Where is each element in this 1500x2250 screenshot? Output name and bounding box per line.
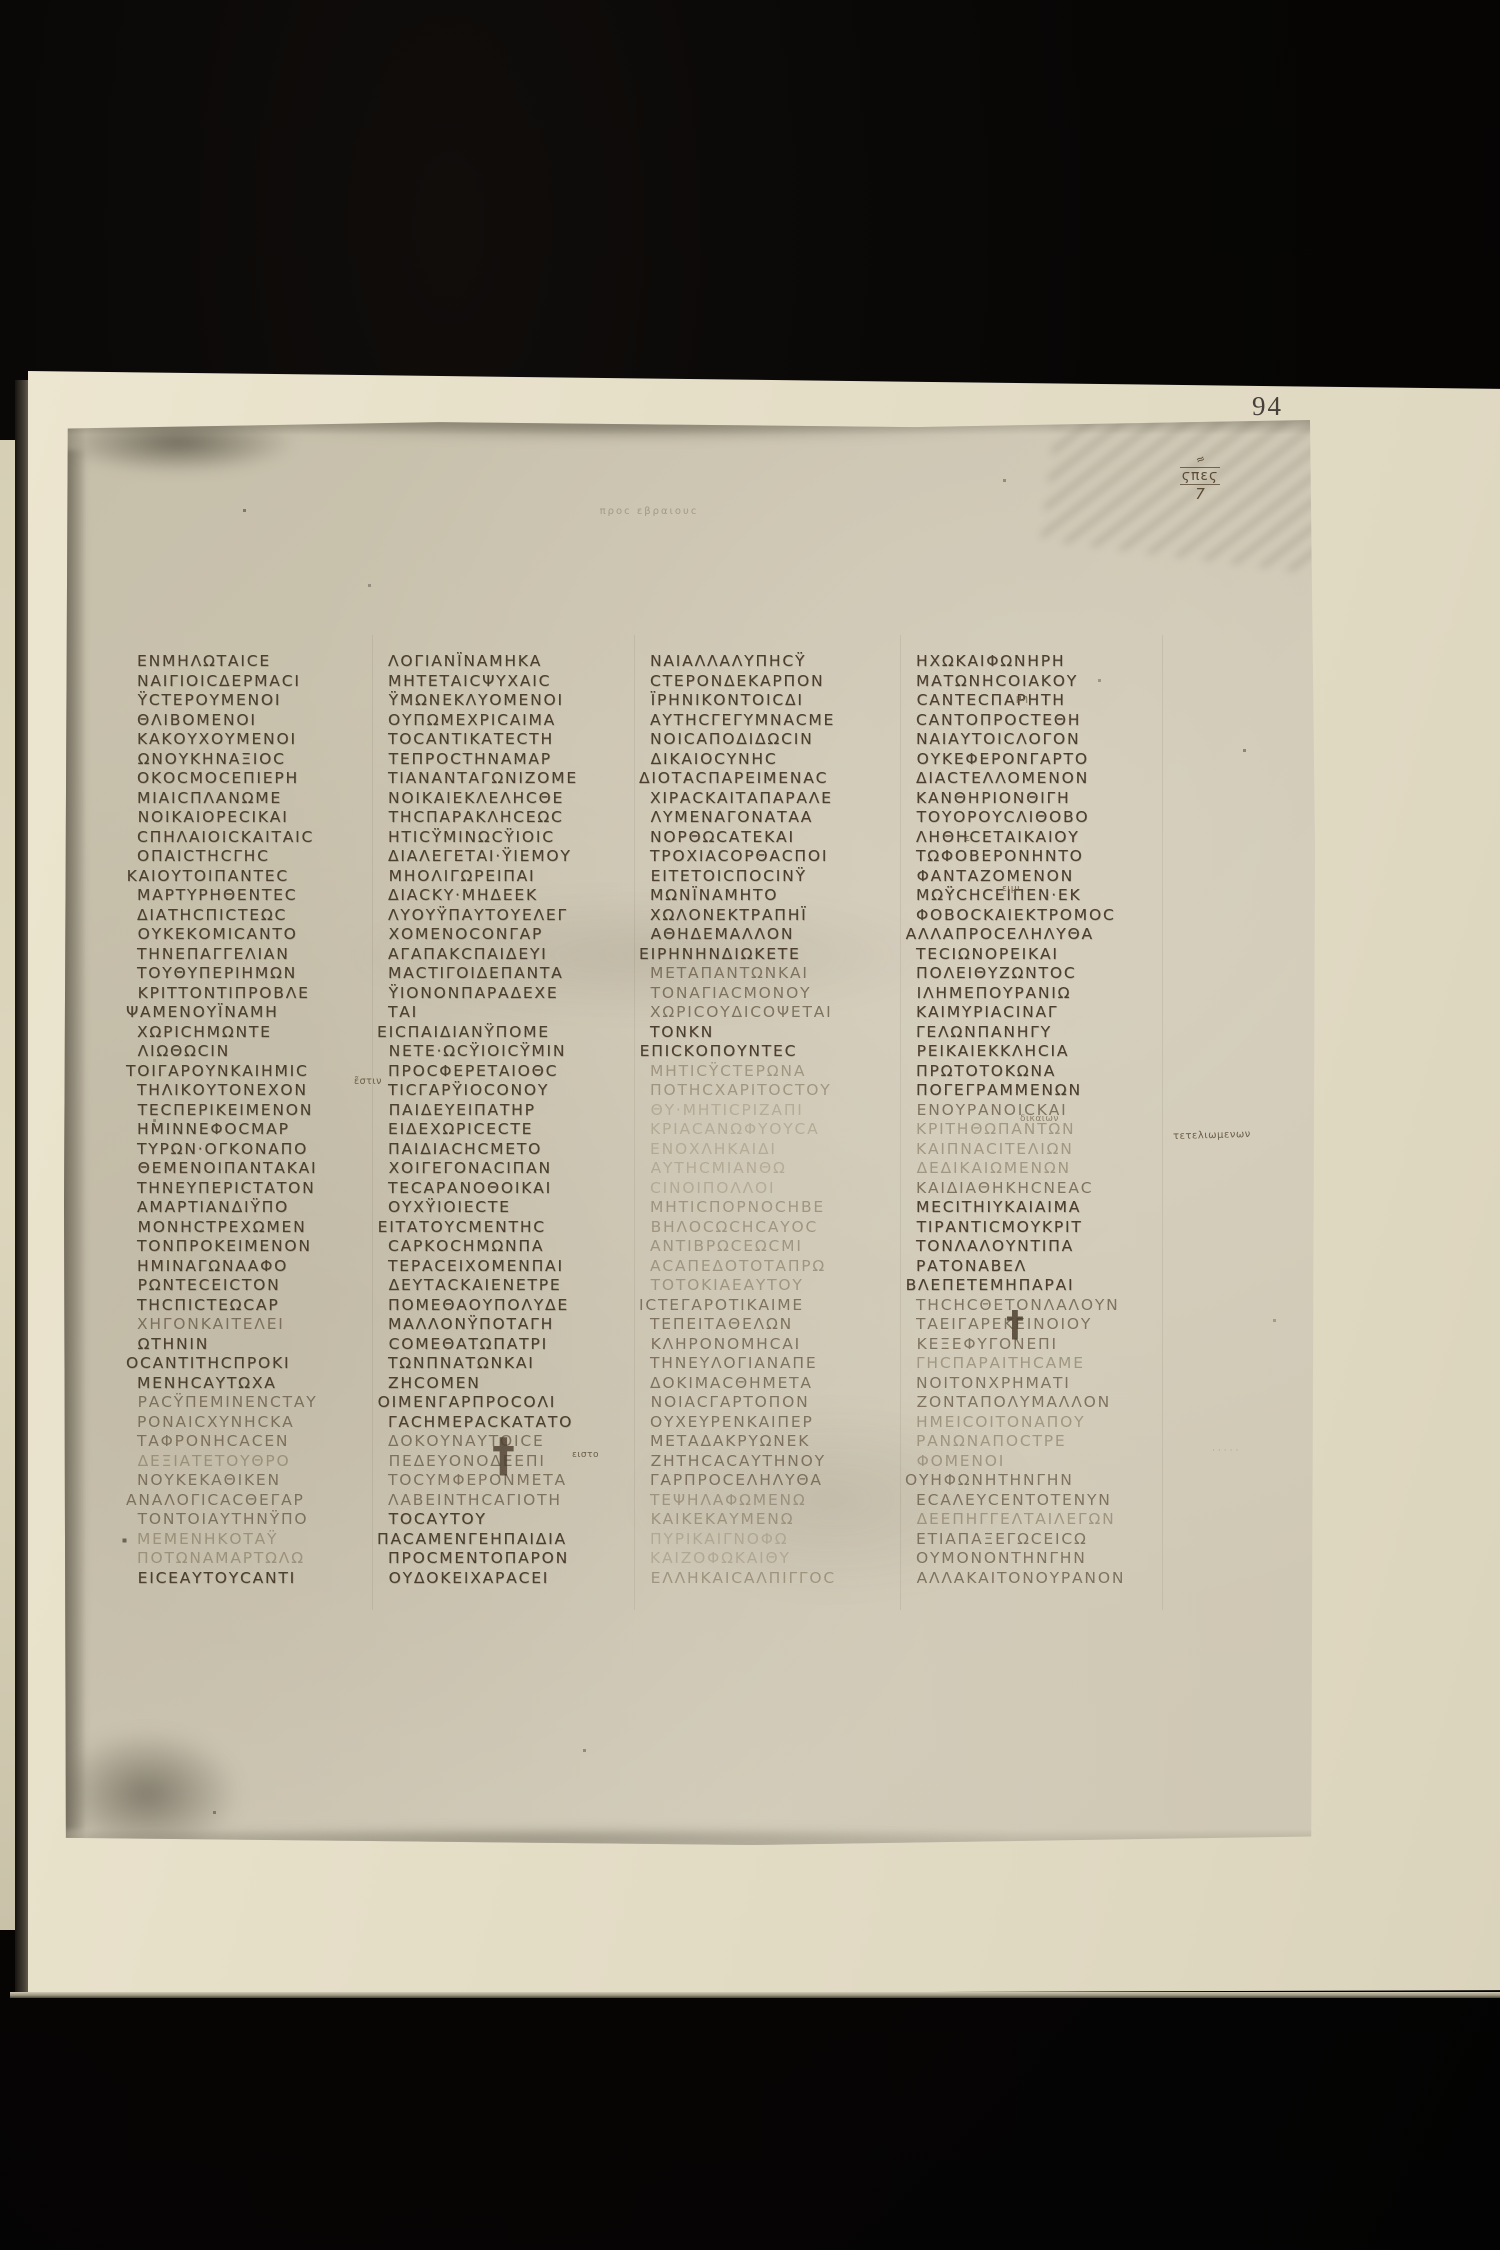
manuscript-line: ΤΩΝΠΝΑΤΩΝΚΑΙ	[388, 1354, 638, 1374]
manuscript-line: ΟΥΗΦΩΝΗΤΗΝΓΗΝ	[905, 1471, 1166, 1491]
manuscript-line: ΤΕϹΙΩΝΟΡΕΙΚΑΙ	[916, 945, 1166, 965]
manuscript-line: ϹΤΕΡΟΝΔΕΚΑΡΠΟΝ	[650, 672, 900, 692]
manuscript-line: ΠΡΩΤΟΤΟΚΩΝΑ	[916, 1062, 1166, 1082]
manuscript-line: ΫΙΟΝΟΝΠΑΡΑΔΕΧΕ	[389, 984, 639, 1004]
manuscript-line: ΕΛΛΗΚΑΙϹΑΛΠΙΓΓΟϹ	[651, 1569, 901, 1589]
manuscript-line: ΑΝΑΛΟΓΙϹΑϹΘΕΓΑΡ	[126, 1491, 387, 1511]
manuscript-line: ΓΕΛΩΝΠΑΝΗΓΥ	[916, 1023, 1166, 1043]
manuscript-line: ΦΑΝΤΑΖΟΜΕΝΟΝ	[917, 867, 1167, 887]
manuscript-line: ΟΙΜΕΝΓΑΡΠΡΟϹΟΛΙ	[378, 1393, 639, 1413]
manuscript-line: ΤΑΦΡΟΝΗϹΑϹΕΝ	[137, 1432, 387, 1452]
manuscript-line: ΕΝΟΧΛΗΚΑΙΔΙ	[650, 1140, 900, 1160]
manuscript-line: ΚΑΚΟΥΧΟΥΜΕΝΟΙ	[137, 730, 387, 750]
printed-page-number: 94	[1252, 391, 1283, 422]
manuscript-line: ΜΩΝΪΝΑΜΗΤΟ	[650, 886, 900, 906]
margin-note-tetelioumenon: τετελιωμενων	[1173, 1129, 1251, 1142]
manuscript-line: ΝΟΙΚΑΙΕΚΛΕΛΗϹΘΕ	[388, 789, 638, 809]
manuscript-line: ΝΑΙΓΙΟΙϹΔΕΡΜΑϹΙ	[137, 672, 387, 692]
manuscript-line: ΔΕΕΠΗΓΓΕΛΤΑΙΛΕΓΩΝ	[917, 1510, 1167, 1530]
manuscript-line: ΔΕΞΙΑΤΕΤΟΥΘΡΟ	[138, 1452, 388, 1472]
manuscript-line: ΝΟΡΘΩϹΑΤΕΚΑΙ	[650, 828, 900, 848]
interlinear-gloss-e: ε	[965, 834, 970, 844]
manuscript-line: ΧΩΛΟΝΕΚΤΡΑΠΗΪ	[650, 906, 900, 926]
manuscript-line: ΑΝΤΙΒΡΩϹΕΩϹΜΙ	[650, 1237, 900, 1257]
manuscript-column-1: ΕΝΜΗΛΩΤΑΙϹΕΝΑΙΓΙΟΙϹΔΕΡΜΑϹΙΫϹΤΕΡΟΥΜΕΝΟΙΘΛ…	[137, 652, 387, 1588]
manuscript-line: ΫΜΩΝΕΚΛΥΟΜΕΝΟΙ	[389, 691, 639, 711]
manuscript-line: ΔΕΥΤΑϹΚΑΙΕΝΕΤΡΕ	[389, 1276, 639, 1296]
manuscript-line: ϹΑΝΤΟΠΡΟϹΤΕΘΗ	[916, 711, 1166, 731]
manuscript-line: ΕΤΙΑΠΑΞΕΓΩϹΕΙϹΩ	[916, 1530, 1166, 1550]
dust-specks	[64, 420, 65, 421]
manuscript-line: ΟΥΔΟΚΕΙΧΑΡΑϹΕΙ	[389, 1569, 639, 1589]
manuscript-line: ΤΟΝΤΟΙΑΥΤΗΝΫΠΟ	[138, 1510, 388, 1530]
manuscript-line: ΤΗΝΕΥΠΕΡΙϹΤΑΤΟΝ	[137, 1179, 387, 1199]
manuscript-line: ΤΟΥΟΡΟΥϹΛΙΘΟΒΟ	[917, 808, 1167, 828]
manuscript-line: ΪΡΗΝΙΚΟΝΤΟΙϹΔΙ	[651, 691, 901, 711]
manuscript-line: ΟΥΠΩΜΕΧΡΙϹΑΙΜΑ	[388, 711, 638, 731]
manuscript-line: ΛΥΜΕΝΑΓΟΝΑΤΑΑ	[651, 808, 901, 828]
manuscript-line: ΔΟΚΙΜΑϹΘΗΜΕΤΑ	[650, 1374, 900, 1394]
corrector-obelus-mark: †	[1006, 1304, 1024, 1345]
manuscript-line: ΤΡΟΧΙΑϹΟΡΘΑϹΠΟΙ	[650, 847, 900, 867]
manuscript-line: ΜΗΤΙϹΠΟΡΝΟϹΗΒΕ	[650, 1198, 900, 1218]
manuscript-line: ΤΟΝΛΑΛΟΥΝΤΙΠΑ	[916, 1237, 1166, 1257]
manuscript-line: ΤΟΙΓΑΡΟΥΝΚΑΙΗΜΙϹ	[126, 1062, 387, 1082]
manuscript-line: ΑΛΛΑΠΡΟϹΕΛΗΛΥΘΑ	[906, 925, 1167, 945]
manuscript-line: ΝΟΥΚΕΚΑΘΙΚΕΝ	[137, 1471, 387, 1491]
manuscript-line: ΜΕΜΕΝΗΚΟΤΑΫ	[137, 1530, 387, 1550]
manuscript-line: ΛΙΩΘΩϹΙΝ	[138, 1042, 388, 1062]
manuscript-line: ΕΝΜΗΛΩΤΑΙϹΕ	[137, 652, 387, 672]
manuscript-line: ΟΥΚΕΚΟΜΙϹΑΝΤΟ	[138, 925, 388, 945]
manuscript-line: ΤΥΡΩΝ·ΟΓΚΟΝΑΠΟ	[137, 1140, 387, 1160]
manuscript-line: ΕΙΤΑΤΟΥϹΜΕΝΤΗϹ	[378, 1218, 639, 1238]
manuscript-line: ΤΗϹΠΙϹΤΕΩϹΑΡ	[137, 1296, 387, 1316]
manuscript-line: ΤΙΑΝΑΝΤΑΓΩΝΙΖΟΜΕ	[388, 769, 638, 789]
manuscript-line: ΜΙΑΙϹΠΛΑΝΩΜΕ	[137, 789, 387, 809]
manuscript-line: ΠΑΙΔΙΑϹΗϹΜΕΤΟ	[388, 1140, 638, 1160]
manuscript-line: ΑΥΤΗϹΓΕΓΥΜΝΑϹΜΕ	[650, 711, 900, 731]
manuscript-line: ΜΩΫϹΗϹΕΙΠΕΝ·ΕΚ	[916, 886, 1166, 906]
manuscript-line: ΔΙΑΛΕΓΕΤΑΙ·ΫΙΕΜΟΥ	[388, 847, 638, 867]
manuscript-line: ΡΩΝΤΕϹΕΙϹΤΟΝ	[138, 1276, 388, 1296]
manuscript-line: ΕΙΔΕΧΩΡΙϹΕϹΤΕ	[388, 1120, 638, 1140]
manuscript-line: ΫϹΤΕΡΟΥΜΕΝΟΙ	[138, 691, 388, 711]
interlinear-gloss-eimi: ειμι	[1002, 884, 1021, 894]
manuscript-line: ΕΠΙϹΚΟΠΟΥΝΤΕϹ	[640, 1042, 901, 1062]
faint-margin-scribble: ·····	[1212, 1446, 1241, 1456]
manuscript-line: ΜΑΤΩΝΗϹΟΙΑΚΟΥ	[916, 672, 1166, 692]
manuscript-line: ΚΑΙΔΙΑΘΗΚΗϹΝΕΑϹ	[916, 1179, 1166, 1199]
manuscript-line: ΑΛΛΑΚΑΙΤΟΝΟΥΡΑΝΟΝ	[917, 1569, 1167, 1589]
manuscript-line: ΤΟΤΟΚΙΑΕΑΥΤΟΥ	[651, 1276, 901, 1296]
manuscript-line: ΗΜΙΝΑΓΩΝΑΑΦΟ	[137, 1257, 387, 1277]
manuscript-line: ΠΡΟϹΦΕΡΕΤΑΙΟΘϹ	[388, 1062, 638, 1082]
manuscript-line: ΚΡΙΑϹΑΝΩΦΥΟΥϹΑ	[650, 1120, 900, 1140]
manuscript-line: ΟΥΧΫΙΟΙΕϹΤΕ	[388, 1198, 638, 1218]
manuscript-line: ΕϹΑΛΕΥϹΕΝΤΟΤΕΝΥΝ	[916, 1491, 1166, 1511]
photograph-background: 94 προϲ εβραιουϲ ≈ ϛπεϛ 7 ΕΝΜΗΛΩΤΑΙϹΕΝΑΙ…	[0, 0, 1500, 2250]
manuscript-line: ΜΕΤΑΔΑΚΡΥΩΝΕΚ	[650, 1432, 900, 1452]
manuscript-line: ΗΧΩΚΑΙΦΩΝΗΡΗ	[916, 652, 1166, 672]
manuscript-line: ΘΕΜΕΝΟΙΠΑΝΤΑΚΑΙ	[138, 1159, 388, 1179]
manuscript-line: ΤΟΝΚΝ	[650, 1023, 900, 1043]
manuscript-line: ΕΙϹΕΑΥΤΟΥϹΑΝΤΙ	[138, 1569, 388, 1589]
interlinear-gloss-mi: μη	[1016, 694, 1028, 704]
manuscript-line: ΧΩΡΙϹΗΜΩΝΤΕ	[137, 1023, 387, 1043]
manuscript-line: ΖΗϹΟΜΕΝ	[388, 1374, 638, 1394]
manuscript-line: ΛΟΓΙΑΝΪΝΑΜΗΚΑ	[388, 652, 638, 672]
facsimile-book-page: 94 προϲ εβραιουϲ ≈ ϛπεϛ 7 ΕΝΜΗΛΩΤΑΙϹΕΝΑΙ…	[28, 371, 1500, 1995]
manuscript-line: ΡΕΙΚΑΙΕΚΚΛΗϹΙΑ	[917, 1042, 1167, 1062]
manuscript-line: ΡΑΤΟΝΑΒΕΛ	[916, 1257, 1166, 1277]
manuscript-line: ΠΡΟϹΜΕΝΤΟΠΑΡΟΝ	[388, 1549, 638, 1569]
manuscript-line: ΧΙΡΑϹΚΑΙΤΑΠΑΡΑΛΕ	[650, 789, 900, 809]
manuscript-line: ΚΕΞΕΦΥΓΟΝΕΠΙ	[917, 1335, 1167, 1355]
manuscript-line: ΗΜΙΝΝΕΦΟϹΜΑΡ	[137, 1120, 387, 1140]
manuscript-line: ΤΟΥΘΥΠΕΡΙΗΜΩΝ	[137, 964, 387, 984]
manuscript-line: ΧΟΜΕΝΟϹΟΝΓΑΡ	[389, 925, 639, 945]
manuscript-line: ΕΙΡΗΝΗΝΔΙΩΚΕΤΕ	[639, 945, 900, 965]
manuscript-line: ΙΛΗΜΕΠΟΥΡΑΝΙΩ	[917, 984, 1167, 1004]
manuscript-line: ΜΗΟΛΙΓΩΡΕΙΠΑΙ	[389, 867, 639, 887]
manuscript-line: ΧΗΓΟΝΚΑΙΤΕΛΕΙ	[137, 1315, 387, 1335]
manuscript-line: ϹΙΝΟΙΠΟΛΛΟΙ	[650, 1179, 900, 1199]
manuscript-line: ΜΗΤΕΤΑΙϹΨΥΧΑΙϹ	[388, 672, 638, 692]
manuscript-line: ϹΟΜΕΘΑΤΩΠΑΤΡΙ	[389, 1335, 639, 1355]
manuscript-line: ΤΟϹΑΥΤΟΥ	[389, 1510, 639, 1530]
manuscript-line: ϹΠΗΛΑΙΟΙϹΚΑΙΤΑΙϹ	[137, 828, 387, 848]
manuscript-line: ΘΛΙΒΟΜΕΝΟΙ	[137, 711, 387, 731]
manuscript-line: ΜΟΝΗϹΤΡΕΧΩΜΕΝ	[138, 1218, 388, 1238]
manuscript-line: ΚΑΝΘΗΡΙΟΝΘΙΓΗ	[916, 789, 1166, 809]
manuscript-line: ΟΚΟϹΜΟϹΕΠΙΕΡΗ	[137, 769, 387, 789]
manuscript-line: ΝΟΙΤΟΝΧΡΗΜΑΤΙ	[916, 1374, 1166, 1394]
manuscript-line: ΜΕΤΑΠΑΝΤΩΝΚΑΙ	[650, 964, 900, 984]
manuscript-line: ΠΟΤΩΝΑΜΑΡΤΩΛΩ	[137, 1549, 387, 1569]
manuscript-line: ΑϹΑΠΕΔΟΤΟΤΑΠΡΩ	[650, 1257, 900, 1277]
manuscript-line: ΜΑϹΤΙΓΟΙΔΕΠΑΝΤΑ	[388, 964, 638, 984]
interlinear-gloss-eisto: ειστο	[572, 1450, 599, 1460]
manuscript-line: ΑΜΑΡΤΙΑΝΔΙΫΠΟ	[137, 1198, 387, 1218]
manuscript-line: ΛΥΟΥΫΠΑΥΤΟΥΕΛΕΓ	[388, 906, 638, 926]
manuscript-line: ΑΓΑΠΑΚϹΠΑΙΔΕΥΙ	[388, 945, 638, 965]
manuscript-line: ΖΗΤΗϹΑϹΑΥΤΗΝΟΥ	[651, 1452, 901, 1472]
corrector-obelus-mark: †	[492, 1428, 515, 1482]
manuscript-line: ϹΑΝΤΕϹΠΑΡΗΤΗ	[917, 691, 1167, 711]
manuscript-line: ΟΥΜΟΝΟΝΤΗΝΓΗΝ	[916, 1549, 1166, 1569]
manuscript-line: ΑΘΗΔΕΜΑΛΛΟΝ	[651, 925, 901, 945]
interlinear-gloss-dikaion: δικαιων	[1020, 1114, 1059, 1124]
manuscript-line: ΠΑϹΑΜΕΝΓΕΗΠΑΙΔΙΑ	[377, 1530, 638, 1550]
manuscript-line: ΜΑΡΤΥΡΗΘΕΝΤΕϹ	[137, 886, 387, 906]
manuscript-line: ΤΟΝΠΡΟΚΕΙΜΕΝΟΝ	[137, 1237, 387, 1257]
manuscript-line: ΤΕϹΠΕΡΙΚΕΙΜΕΝΟΝ	[138, 1101, 388, 1121]
manuscript-line: ΡΟΝΑΙϹΧΥΝΗϹΚΑ	[137, 1413, 387, 1433]
manuscript-line: ΡΑϹΫΠΕΜΙΝΕΝϹΤΑΥ	[138, 1393, 388, 1413]
manuscript-line: ΓΑΡΠΡΟϹΕΛΗΛΥΘΑ	[650, 1471, 900, 1491]
margin-note-estin: ε̃στιν	[354, 1076, 382, 1087]
manuscript-line: ΔΙΑϹΤΕΛΛΟΜΕΝΟΝ	[916, 769, 1166, 789]
manuscript-line: ΠΑΙΔΕΥΕΙΠΑΤΗΡ	[389, 1101, 639, 1121]
manuscript-line: ΦΟΜΕΝΟΙ	[917, 1452, 1167, 1472]
manuscript-line: ΜΗΤΙϹΫϹΤΕΡΩΝΑ	[650, 1062, 900, 1082]
manuscript-line: ΤΕΠΡΟϹΤΗΝΑΜΑΡ	[389, 750, 639, 770]
manuscript-line: ΔΙΑϹΚΥ·ΜΗΔΕΕΚ	[388, 886, 638, 906]
manuscript-line: ΒΛΕΠΕΤΕΜΗΠΑΡΑΙ	[906, 1276, 1167, 1296]
manuscript-line: ΔΕΔΙΚΑΙΩΜΕΝΩΝ	[917, 1159, 1167, 1179]
manuscript-line: ΖΟΝΤΑΠΟΛΥΜΑΛΛΟΝ	[917, 1393, 1167, 1413]
manuscript-line: ΠΟΤΗϹΧΑΡΙΤΟϹΤΟΥ	[650, 1081, 900, 1101]
manuscript-line: ΧΩΡΙϹΟΥΔΙϹΟΨΕΤΑΙ	[650, 1003, 900, 1023]
manuscript-line: ΩΤΗΝΙΝ	[138, 1335, 388, 1355]
manuscript-line: ΟϹΑΝΤΙΤΗϹΠΡΟΚΙ	[126, 1354, 387, 1374]
manuscript-line: ΑΥΤΗϹΜΙΑΝΘΩ	[651, 1159, 901, 1179]
manuscript-line: ΔΙΚΑΙΟϹΥΝΗϹ	[651, 750, 901, 770]
manuscript-line: ΤΗΝΕΥΛΟΓΙΑΝΑΠΕ	[650, 1354, 900, 1374]
manuscript-column-3: ΝΑΙΑΛΛΑΛΥΠΗϹΫϹΤΕΡΟΝΔΕΚΑΡΠΟΝΪΡΗΝΙΚΟΝΤΟΙϹΔ…	[650, 652, 900, 1588]
manuscript-line: ΡΑΝΩΝΑΠΟϹΤΡΕ	[916, 1432, 1166, 1452]
manuscript-line: ΤΑΙ	[388, 1003, 638, 1023]
manuscript-line: ΠΥΡΙΚΑΙΓΝΟΦΩ	[650, 1530, 900, 1550]
manuscript-line: ΚΑΙΟΥΤΟΙΠΑΝΤΕϹ	[127, 867, 388, 887]
manuscript-line: ΠΟΛΕΙΘΥΖΩΝΤΟϹ	[916, 964, 1166, 984]
text-columns: ΕΝΜΗΛΩΤΑΙϹΕΝΑΙΓΙΟΙϹΔΕΡΜΑϹΙΫϹΤΕΡΟΥΜΕΝΟΙΘΛ…	[64, 420, 1315, 1845]
manuscript-line: ΜΕΝΗϹΑΥΤΩΧΑ	[137, 1374, 387, 1394]
manuscript-line: ΙϹΤΕΓΑΡΟΤΙΚΑΙΜΕ	[639, 1296, 900, 1316]
manuscript-line: ΦΟΒΟϹΚΑΙΕΚΤΡΟΜΟϹ	[916, 906, 1166, 926]
manuscript-line: ΤΟϹΑΝΤΙΚΑΤΕϹΤΗ	[388, 730, 638, 750]
manuscript-plate-photo: προϲ εβραιουϲ ≈ ϛπεϛ 7 ΕΝΜΗΛΩΤΑΙϹΕΝΑΙΓΙΟ…	[64, 420, 1315, 1845]
manuscript-line: ΝΟΙΑϹΓΑΡΤΟΠΟΝ	[651, 1393, 901, 1413]
manuscript-line: ΤΕΡΑϹΕΙΧΟΜΕΝΠΑΙ	[388, 1257, 638, 1277]
manuscript-line: ΜΑΛΛΟΝΫΠΟΤΑΓΗ	[388, 1315, 638, 1335]
manuscript-line: ΤΗΝΕΠΑΓΓΕΛΙΑΝ	[137, 945, 387, 965]
manuscript-line: ΒΗΛΟϹΩϹΗϹΑΥΟϹ	[651, 1218, 901, 1238]
manuscript-line: ΛΗΘΗϹΕΤΑΙΚΑΙΟΥ	[916, 828, 1166, 848]
manuscript-line: ΩΝΟΥΚΗΝΑΞΙΟϹ	[138, 750, 388, 770]
manuscript-line: ΤΕϹΑΡΑΝΟΘΟΙΚΑΙ	[388, 1179, 638, 1199]
manuscript-line: ΝΑΙΑΛΛΑΛΥΠΗϹΫ	[650, 652, 900, 672]
manuscript-line: ΠΟΓΕΓΡΑΜΜΕΝΩΝ	[916, 1081, 1166, 1101]
manuscript-line: ΛΑΒΕΙΝΤΗϹΑΓΙΟΤΗ	[388, 1491, 638, 1511]
manuscript-line: ΤΙΡΑΝΤΙϹΜΟΥΚΡΙΤ	[917, 1218, 1167, 1238]
manuscript-line: ΜΕϹΙΤΗΙΥΚΑΙΑΙΜΑ	[916, 1198, 1166, 1218]
manuscript-line: ΗΜΕΙϹΟΙΤΟΝΑΠΟΥ	[916, 1413, 1166, 1433]
manuscript-line: ΝΕΤΕ·ΩϹΫΙΟΙϹΫΜΙΝ	[389, 1042, 639, 1062]
manuscript-line: ΝΑΙΑΥΤΟΙϹΛΟΓΟΝ	[916, 730, 1166, 750]
manuscript-line: ΓΗϹΠΑΡΑΙΤΗϹΑΜΕ	[916, 1354, 1166, 1374]
manuscript-line: ΤΑΕΙΓΑΡΕΚΕΙΝΟΙΟΥ	[916, 1315, 1166, 1335]
manuscript-line: ΠΟΜΕΘΑΟΥΠΟΛΥΔΕ	[388, 1296, 638, 1316]
manuscript-line: ΔΙΑΤΗϹΠΙϹΤΕΩϹ	[137, 906, 387, 926]
manuscript-line: ΤΗΛΙΚΟΥΤΟΝΕΧΟΝ	[137, 1081, 387, 1101]
manuscript-line: ΤΙϹΓΑΡΫΙΟϹΟΝΟΥ	[388, 1081, 638, 1101]
manuscript-line: ΤΟΝΑΓΙΑϹΜΟΝΟΥ	[651, 984, 901, 1004]
manuscript-line: ΤΗϹΗϹΘΕΤΟΝΛΑΛΟΥΝ	[916, 1296, 1166, 1316]
manuscript-line: ΚΑΙΚΕΚΑΥΜΕΝΩ	[651, 1510, 901, 1530]
manuscript-line: ΟΥΚΕΦΕΡΟΝΓΑΡΤΟ	[917, 750, 1167, 770]
manuscript-line: ΚΑΙΜΥΡΙΑϹΙΝΑΓ	[916, 1003, 1166, 1023]
manuscript-line: ΕΙΤΕΤΟΙϹΠΟϹΙΝΫ	[651, 867, 901, 887]
manuscript-line: ϹΑΡΚΟϹΗΜΩΝΠΑ	[388, 1237, 638, 1257]
manuscript-line: ΚΑΙΖΟΦΩΚΑΙΘΥ	[650, 1549, 900, 1569]
manuscript-line: ΘΥ·ΜΗΤΙϹΡΙΖΑΠΙ	[651, 1101, 901, 1121]
manuscript-line: ΕΙϹΠΑΙΔΙΑΝΫΠΟΜΕ	[377, 1023, 638, 1043]
manuscript-line: ΚΡΙΤΤΟΝΤΙΠΡΟΒΛΕ	[138, 984, 388, 1004]
manuscript-line: ΝΟΙϹΑΠΟΔΙΔΩϹΙΝ	[650, 730, 900, 750]
manuscript-line: ΟΥΧΕΥΡΕΝΚΑΙΠΕΡ	[650, 1413, 900, 1433]
page-stack-edge	[10, 1992, 1500, 1998]
manuscript-line: ΚΑΙΠΝΑϹΙΤΕΛΙΩΝ	[916, 1140, 1166, 1160]
manuscript-line: ΤΕΠΕΙΤΑΘΕΛΩΝ	[650, 1315, 900, 1335]
manuscript-line: ΤΗϹΠΑΡΑΚΛΗϹΕΩϹ	[389, 808, 639, 828]
manuscript-line: ΧΟΙΓΕΓΟΝΑϹΙΠΑΝ	[389, 1159, 639, 1179]
manuscript-line: ΤΩΦΟΒΕΡΟΝΗΝΤΟ	[916, 847, 1166, 867]
manuscript-line: ΝΟΙΚΑΙΟΡΕϹΙΚΑΙ	[138, 808, 388, 828]
manuscript-line: ΟΠΑΙϹΤΗϹΓΗϹ	[137, 847, 387, 867]
manuscript-line: ΚΛΗΡΟΝΟΜΗϹΑΙ	[651, 1335, 901, 1355]
manuscript-line: ΔΙΟΤΑϹΠΑΡΕΙΜΕΝΑϹ	[639, 769, 900, 789]
manuscript-line: ΤΕΨΗΛΑΦΩΜΕΝΩ	[650, 1491, 900, 1511]
manuscript-line: ΗΤΙϹΫΜΙΝΩϹΫΙΟΙϹ	[388, 828, 638, 848]
manuscript-line: ΨΑΜΕΝΟΥΪΝΑΜΗ	[126, 1003, 387, 1023]
